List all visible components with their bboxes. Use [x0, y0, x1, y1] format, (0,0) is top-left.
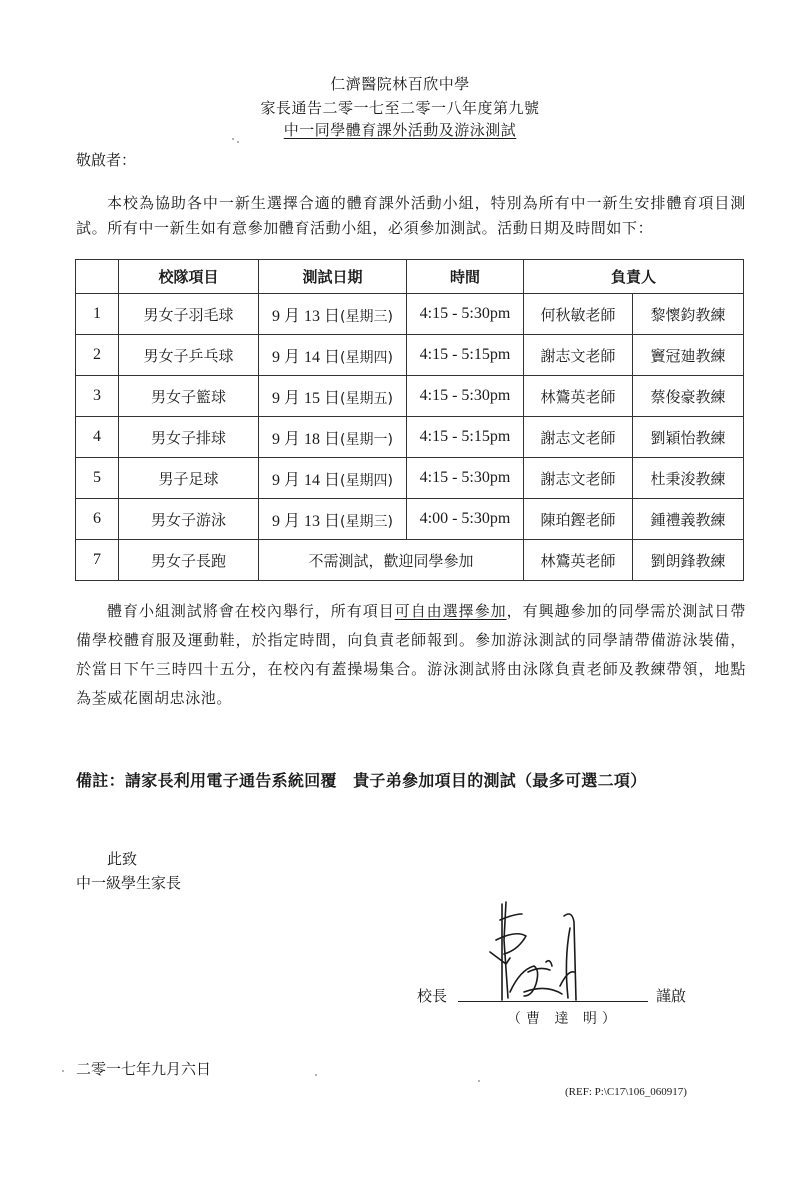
row-teacher: 林鷟英老師: [524, 540, 633, 581]
row-coach: 蔡俊豪教練: [633, 376, 744, 417]
row-no-test-note: 不需測試，歡迎同學參加: [259, 540, 524, 581]
row-date-weekday: (星期三): [340, 514, 393, 530]
principal-name: （曹 達 明）: [507, 1008, 621, 1028]
row-date-weekday: (星期四): [340, 473, 393, 489]
row-date-weekday: (星期四): [340, 350, 393, 366]
scan-speck: [315, 1074, 317, 1076]
signature-closing: 謹啟: [656, 985, 686, 1006]
row-date-day: 9 月 14 日: [272, 472, 340, 489]
header-test-date: 測試日期: [259, 260, 407, 294]
table-row: 5 男子足球 9 月 14 日(星期四) 4:15 - 5:30pm 謝志文老師…: [76, 458, 744, 499]
row-coach: 杜秉浚教練: [633, 458, 744, 499]
salutation: 敬啟者：: [76, 150, 136, 170]
row-team: 男女子籃球: [119, 376, 259, 417]
closing-line-2: 中一級學生家長: [76, 872, 181, 893]
table-row: 7 男女子長跑 不需測試，歡迎同學參加 林鷟英老師 劉朗鋒教練: [76, 540, 744, 581]
remark-note: 備註：請家長利用電子通告系統回覆 貴子弟參加項目的測試（最多可選二項）: [76, 770, 647, 792]
row-teacher: 謝志文老師: [524, 335, 633, 376]
scan-speck: [478, 1080, 480, 1082]
row-date-day: 9 月 13 日: [272, 513, 340, 530]
table-row: 6 男女子游泳 9 月 13 日(星期三) 4:00 - 5:30pm 陳珀鏗老…: [76, 499, 744, 540]
row-date-day: 9 月 14 日: [272, 349, 340, 366]
row-date: 9 月 14 日(星期四): [259, 458, 407, 499]
row-teacher: 何秋敏老師: [524, 294, 633, 335]
row-coach: 黎懷鈞教練: [633, 294, 744, 335]
row-date: 9 月 15 日(星期五): [259, 376, 407, 417]
row-date-weekday: (星期三): [340, 309, 393, 325]
closing-line-1: 此致: [107, 848, 137, 869]
table-header-row: 校隊項目 測試日期 時間 負責人: [76, 260, 744, 294]
row-number: 5: [76, 458, 119, 499]
row-team: 男女子游泳: [119, 499, 259, 540]
row-number: 2: [76, 335, 119, 376]
row-coach: 竇冠廸教練: [633, 335, 744, 376]
table-row: 1 男女子羽毛球 9 月 13 日(星期三) 4:15 - 5:30pm 何秋敏…: [76, 294, 744, 335]
notice-subject-text: 中一同學體育課外活動及游泳測試: [284, 121, 517, 139]
scan-speck: [237, 141, 239, 143]
header-team: 校隊項目: [119, 260, 259, 294]
row-team: 男女子羽毛球: [119, 294, 259, 335]
row-teacher: 謝志文老師: [524, 417, 633, 458]
schedule-table: 校隊項目 測試日期 時間 負責人 1 男女子羽毛球 9 月 13 日(星期三) …: [75, 259, 744, 581]
row-team: 男女子乒乓球: [119, 335, 259, 376]
signature-line: [458, 1001, 648, 1002]
header-time: 時間: [407, 260, 524, 294]
row-time: 4:15 - 5:30pm: [407, 376, 524, 417]
table-row: 3 男女子籃球 9 月 15 日(星期五) 4:15 - 5:30pm 林鷟英老…: [76, 376, 744, 417]
row-date-day: 9 月 15 日: [272, 390, 340, 407]
row-date: 9 月 14 日(星期四): [259, 335, 407, 376]
row-teacher: 林鷟英老師: [524, 376, 633, 417]
principal-title: 校長: [417, 985, 447, 1006]
row-teacher: 陳珀鏗老師: [524, 499, 633, 540]
header-in-charge: 負責人: [524, 260, 744, 294]
notice-subject: 中一同學體育課外活動及游泳測試: [0, 120, 800, 140]
row-date: 9 月 18 日(星期一): [259, 417, 407, 458]
row-time: 4:15 - 5:30pm: [407, 458, 524, 499]
row-number: 1: [76, 294, 119, 335]
details-underlined-text: 可自由選擇參加: [395, 602, 507, 620]
row-number: 4: [76, 417, 119, 458]
row-coach: 劉穎怡教練: [633, 417, 744, 458]
row-date-weekday: (星期一): [340, 432, 393, 448]
row-date: 9 月 13 日(星期三): [259, 294, 407, 335]
row-time: 4:15 - 5:15pm: [407, 335, 524, 376]
details-text-part1: 體育小組測試將會在校內舉行，所有項目: [107, 602, 395, 620]
row-date-day: 9 月 13 日: [272, 308, 340, 325]
row-date: 9 月 13 日(星期三): [259, 499, 407, 540]
intro-paragraph: 本校為協助各中一新生選擇合適的體育課外活動小組，特別為所有中一新生安排體育項目測…: [76, 191, 746, 241]
row-time: 4:15 - 5:15pm: [407, 417, 524, 458]
school-name: 仁濟醫院林百欣中學: [0, 74, 800, 94]
row-teacher: 謝志文老師: [524, 458, 633, 499]
row-coach: 鍾禮義教練: [633, 499, 744, 540]
row-number: 3: [76, 376, 119, 417]
row-team: 男女子長跑: [119, 540, 259, 581]
row-time: 4:15 - 5:30pm: [407, 294, 524, 335]
scan-speck: [62, 1070, 64, 1072]
scan-speck: [232, 138, 234, 140]
row-date-weekday: (星期五): [340, 391, 393, 407]
row-number: 7: [76, 540, 119, 581]
row-number: 6: [76, 499, 119, 540]
details-paragraph: 體育小組測試將會在校內舉行，所有項目可自由選擇參加，有興趣參加的同學需於測試日帶…: [76, 597, 746, 713]
row-team: 男子足球: [119, 458, 259, 499]
header-number: [76, 260, 119, 294]
principal-signature-icon: [480, 900, 630, 1010]
notice-page: 仁濟醫院林百欣中學 家長通告二零一七至二零一八年度第九號 中一同學體育課外活動及…: [0, 0, 800, 1200]
table-row: 4 男女子排球 9 月 18 日(星期一) 4:15 - 5:15pm 謝志文老…: [76, 417, 744, 458]
row-coach: 劉朗鋒教練: [633, 540, 744, 581]
row-team: 男女子排球: [119, 417, 259, 458]
row-date-day: 9 月 18 日: [272, 431, 340, 448]
notice-date: 二零一七年九月六日: [76, 1058, 211, 1079]
table-row: 2 男女子乒乓球 9 月 14 日(星期四) 4:15 - 5:15pm 謝志文…: [76, 335, 744, 376]
reference-code: (REF: P:\C17\106_060917): [565, 1086, 687, 1098]
row-time: 4:00 - 5:30pm: [407, 499, 524, 540]
notice-number: 家長通告二零一七至二零一八年度第九號: [0, 98, 800, 118]
